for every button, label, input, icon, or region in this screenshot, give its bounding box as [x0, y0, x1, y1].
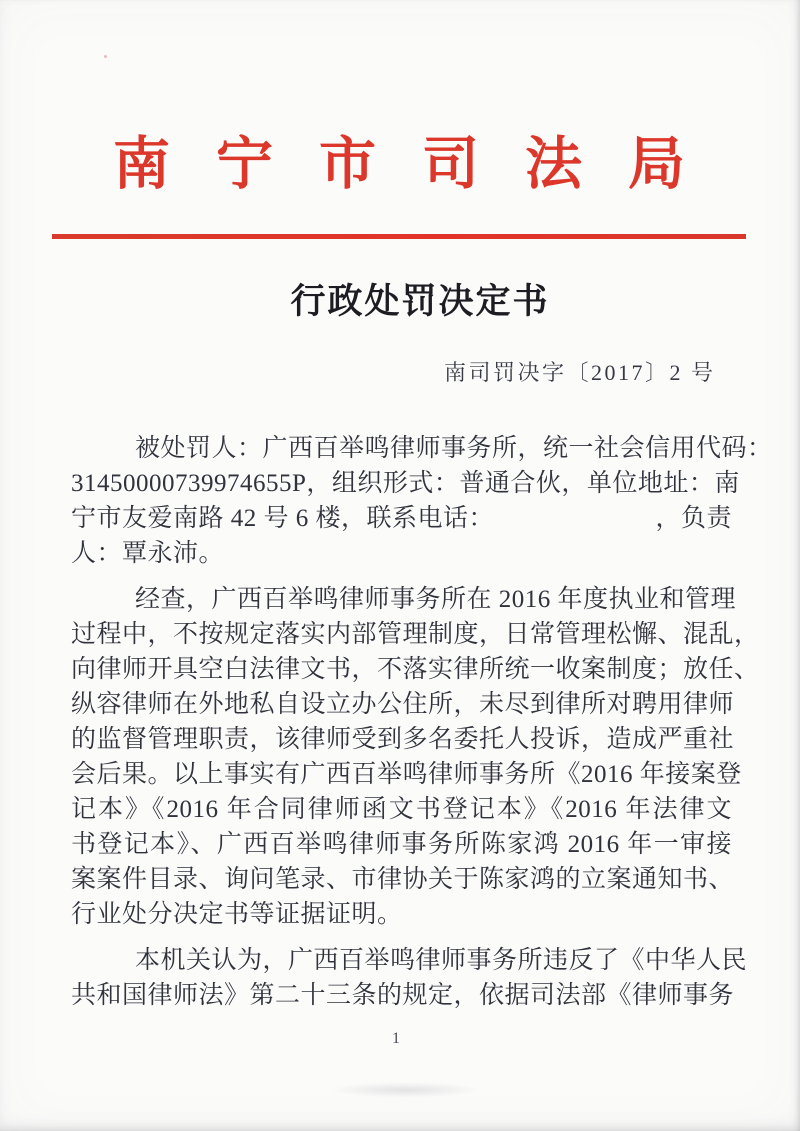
text-line: 人：覃永沛。	[71, 536, 732, 571]
text-line: 经查，广西百举鸣律师事务所在 2016 年度执业和管理	[71, 582, 732, 617]
text-line: 记本》《2016 年合同律师函文书登记本》《2016 年法律文	[71, 792, 732, 827]
paragraph-findings: 经查，广西百举鸣律师事务所在 2016 年度执业和管理 过程中，不按规定落实内部…	[71, 582, 732, 932]
letterhead-divider-rule	[52, 234, 746, 239]
text-line: 案案件目录、询问笔录、市律协关于陈家鸿的立案通知书、	[71, 862, 732, 897]
letterhead-org-name: 南宁市司法局	[113, 131, 731, 199]
text-line: 向律师开具空白法律文书，不落实律所统一收案制度；放任、	[71, 652, 732, 687]
text-line: 的监督管理职责，该律师受到多名委托人投诉，造成严重社	[71, 722, 732, 757]
document-number: 南司罚决字〔2017〕2 号	[444, 356, 716, 387]
text-line: 31450000739974655P，组织形式：普通合伙，单位地址：南	[71, 466, 732, 501]
text-line: 行业处分决定书等证据证明。	[71, 897, 732, 932]
paragraph-respondent-info: 被处罚人：广西百举鸣律师事务所，统一社会信用代码： 31450000739974…	[71, 431, 732, 571]
paragraph-determination: 本机关认为，广西百举鸣律师事务所违反了《中华人民 共和国律师法》第二十三条的规定…	[71, 943, 732, 1013]
text-line: 被处罚人：广西百举鸣律师事务所，统一社会信用代码：	[71, 431, 732, 466]
scanned-document-page: 南宁市司法局 行政处罚决定书 南司罚决字〔2017〕2 号 被处罚人：广西百举鸣…	[0, 0, 800, 1131]
scan-artifact-dot	[104, 55, 107, 58]
text-line: 本机关认为，广西百举鸣律师事务所违反了《中华人民	[71, 943, 732, 978]
text-line-phone: 宁市友爱南路 42 号 6 楼，联系电话： ，负责	[71, 501, 732, 536]
text-line: 共和国律师法》第二十三条的规定，依据司法部《律师事务	[71, 978, 732, 1013]
text-line: 书登记本》、广西百举鸣律师事务所陈家鸿 2016 年一审接	[71, 827, 732, 862]
text-line: 会后果。以上事实有广西百举鸣律师事务所《2016 年接案登	[71, 757, 732, 792]
phone-line-after: ，负责	[655, 501, 732, 536]
scan-artifact-smudge	[330, 1082, 480, 1098]
text-line: 纵容律师在外地私自设立办公住所，未尽到律所对聘用律师	[71, 687, 732, 722]
text-line: 过程中，不按规定落实内部管理制度，日常管理松懈、混乱，	[71, 617, 732, 652]
document-body: 被处罚人：广西百举鸣律师事务所，统一社会信用代码： 31450000739974…	[71, 431, 732, 1013]
document-title: 行政处罚决定书	[0, 274, 800, 324]
phone-line-before: 宁市友爱南路 42 号 6 楼，联系电话：	[71, 501, 494, 536]
page-number: 1	[0, 1030, 792, 1048]
